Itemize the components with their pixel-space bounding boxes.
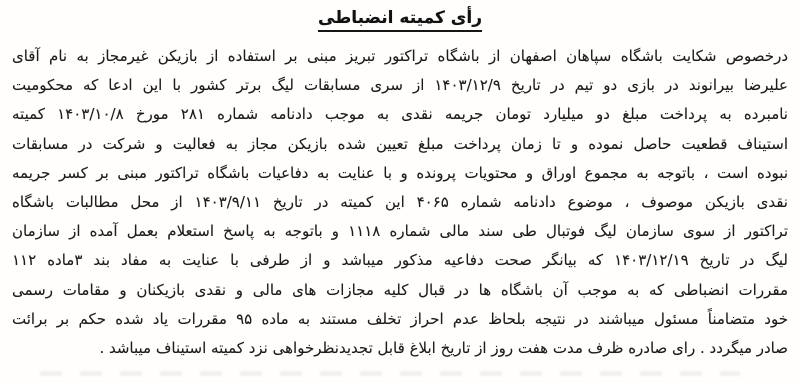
body-line: لیگ در تاریخ ۱۴۰۳/۱۲/۱۹ که بیانگر صحت دف… (12, 246, 788, 275)
body-line: نقدی بازیکن موصوف ، موضوع دادنامه شماره … (12, 188, 788, 217)
scanned-ruling-page: رأی کمیته انضباطی درخصوص شکایت باشگاه سپ… (0, 0, 800, 382)
body-line: خود متضامناً مسئول میباشند در نتیجه بلحا… (12, 305, 788, 334)
ruling-body: درخصوص شکایت باشگاه سپاهان اصفهان از باش… (12, 42, 788, 363)
body-line: نبوده است ، باتوجه به مجموع اوراق و محتو… (12, 159, 788, 188)
body-line: علیرضا بیرانوند در بازی دو تیم در تاریخ … (12, 71, 788, 100)
body-line: نامبرده به پرداخت مبلغ دو میلیارد تومان … (12, 100, 788, 129)
ruling-title: رأی کمیته انضباطی (318, 8, 482, 32)
body-line: درخصوص شکایت باشگاه سپاهان اصفهان از باش… (12, 42, 788, 71)
title-wrap: رأی کمیته انضباطی (12, 8, 788, 32)
body-line: تراکتور از سوی سازمان لیگ فوتبال طی سند … (12, 217, 788, 246)
body-line: صادر میگردد . رای صادره ظرف مدت هفت روز … (12, 334, 788, 363)
body-line: مقررات انضباطی که به موجب آن باشگاه ها د… (12, 276, 788, 305)
body-line: استیناف قطعیت حاصل نموده و تا زمان پرداخ… (12, 130, 788, 159)
cropped-text-artifact (40, 371, 740, 376)
